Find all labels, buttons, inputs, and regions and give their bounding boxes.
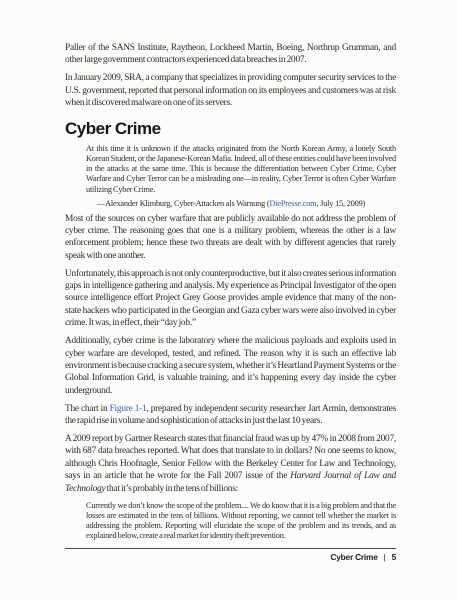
section-heading: Cyber Crime <box>65 119 396 138</box>
gartner-paragraph-suffix: that it’s probably in the tens of billio… <box>105 484 238 494</box>
figure-paragraph-prefix: The chart in <box>65 404 110 414</box>
body-paragraph-sources: Most of the sources on cyber warfare tha… <box>65 213 396 263</box>
diepresse-link[interactable]: DiePresse.com <box>269 199 316 208</box>
attribution-prefix: —Alexander Klimburg, Cyber-Attacken als … <box>97 199 269 208</box>
body-paragraph-counterproductive: Unfortunately, this approach is not only… <box>65 268 396 330</box>
intro-paragraph-2: In January 2009, SRA, a company that spe… <box>65 72 396 109</box>
footer-section-label: Cyber Crime <box>330 552 377 562</box>
page-footer: Cyber Crime|5 <box>65 548 396 562</box>
page-content: Paller of the SANS Institute, Raytheon, … <box>65 42 396 542</box>
epigraph-text: At this time it is unknown if the attack… <box>65 144 396 195</box>
intro-paragraph-1: Paller of the SANS Institute, Raytheon, … <box>65 42 396 67</box>
body-paragraph-figure: The chart in Figure 1-1, prepared by ind… <box>65 403 396 428</box>
book-page: Paller of the SANS Institute, Raytheon, … <box>0 0 457 600</box>
figure-1-1-link[interactable]: Figure 1-1 <box>110 404 147 414</box>
footer-separator: | <box>384 552 386 562</box>
epigraph-attribution: —Alexander Klimburg, Cyber-Attacken als … <box>65 199 396 208</box>
body-paragraph-laboratory: Additionally, cyber crime is the laborat… <box>65 335 396 397</box>
epigraph-block: At this time it is unknown if the attack… <box>65 144 396 208</box>
excerpt-text: Currently we don’t know the scope of the… <box>65 501 396 542</box>
footer-page-number: 5 <box>392 552 396 562</box>
body-paragraph-gartner: A 2009 report by Gartner Research states… <box>65 433 396 495</box>
attribution-suffix: , July 15, 2009) <box>316 199 365 208</box>
excerpt-block: Currently we don’t know the scope of the… <box>65 501 396 542</box>
